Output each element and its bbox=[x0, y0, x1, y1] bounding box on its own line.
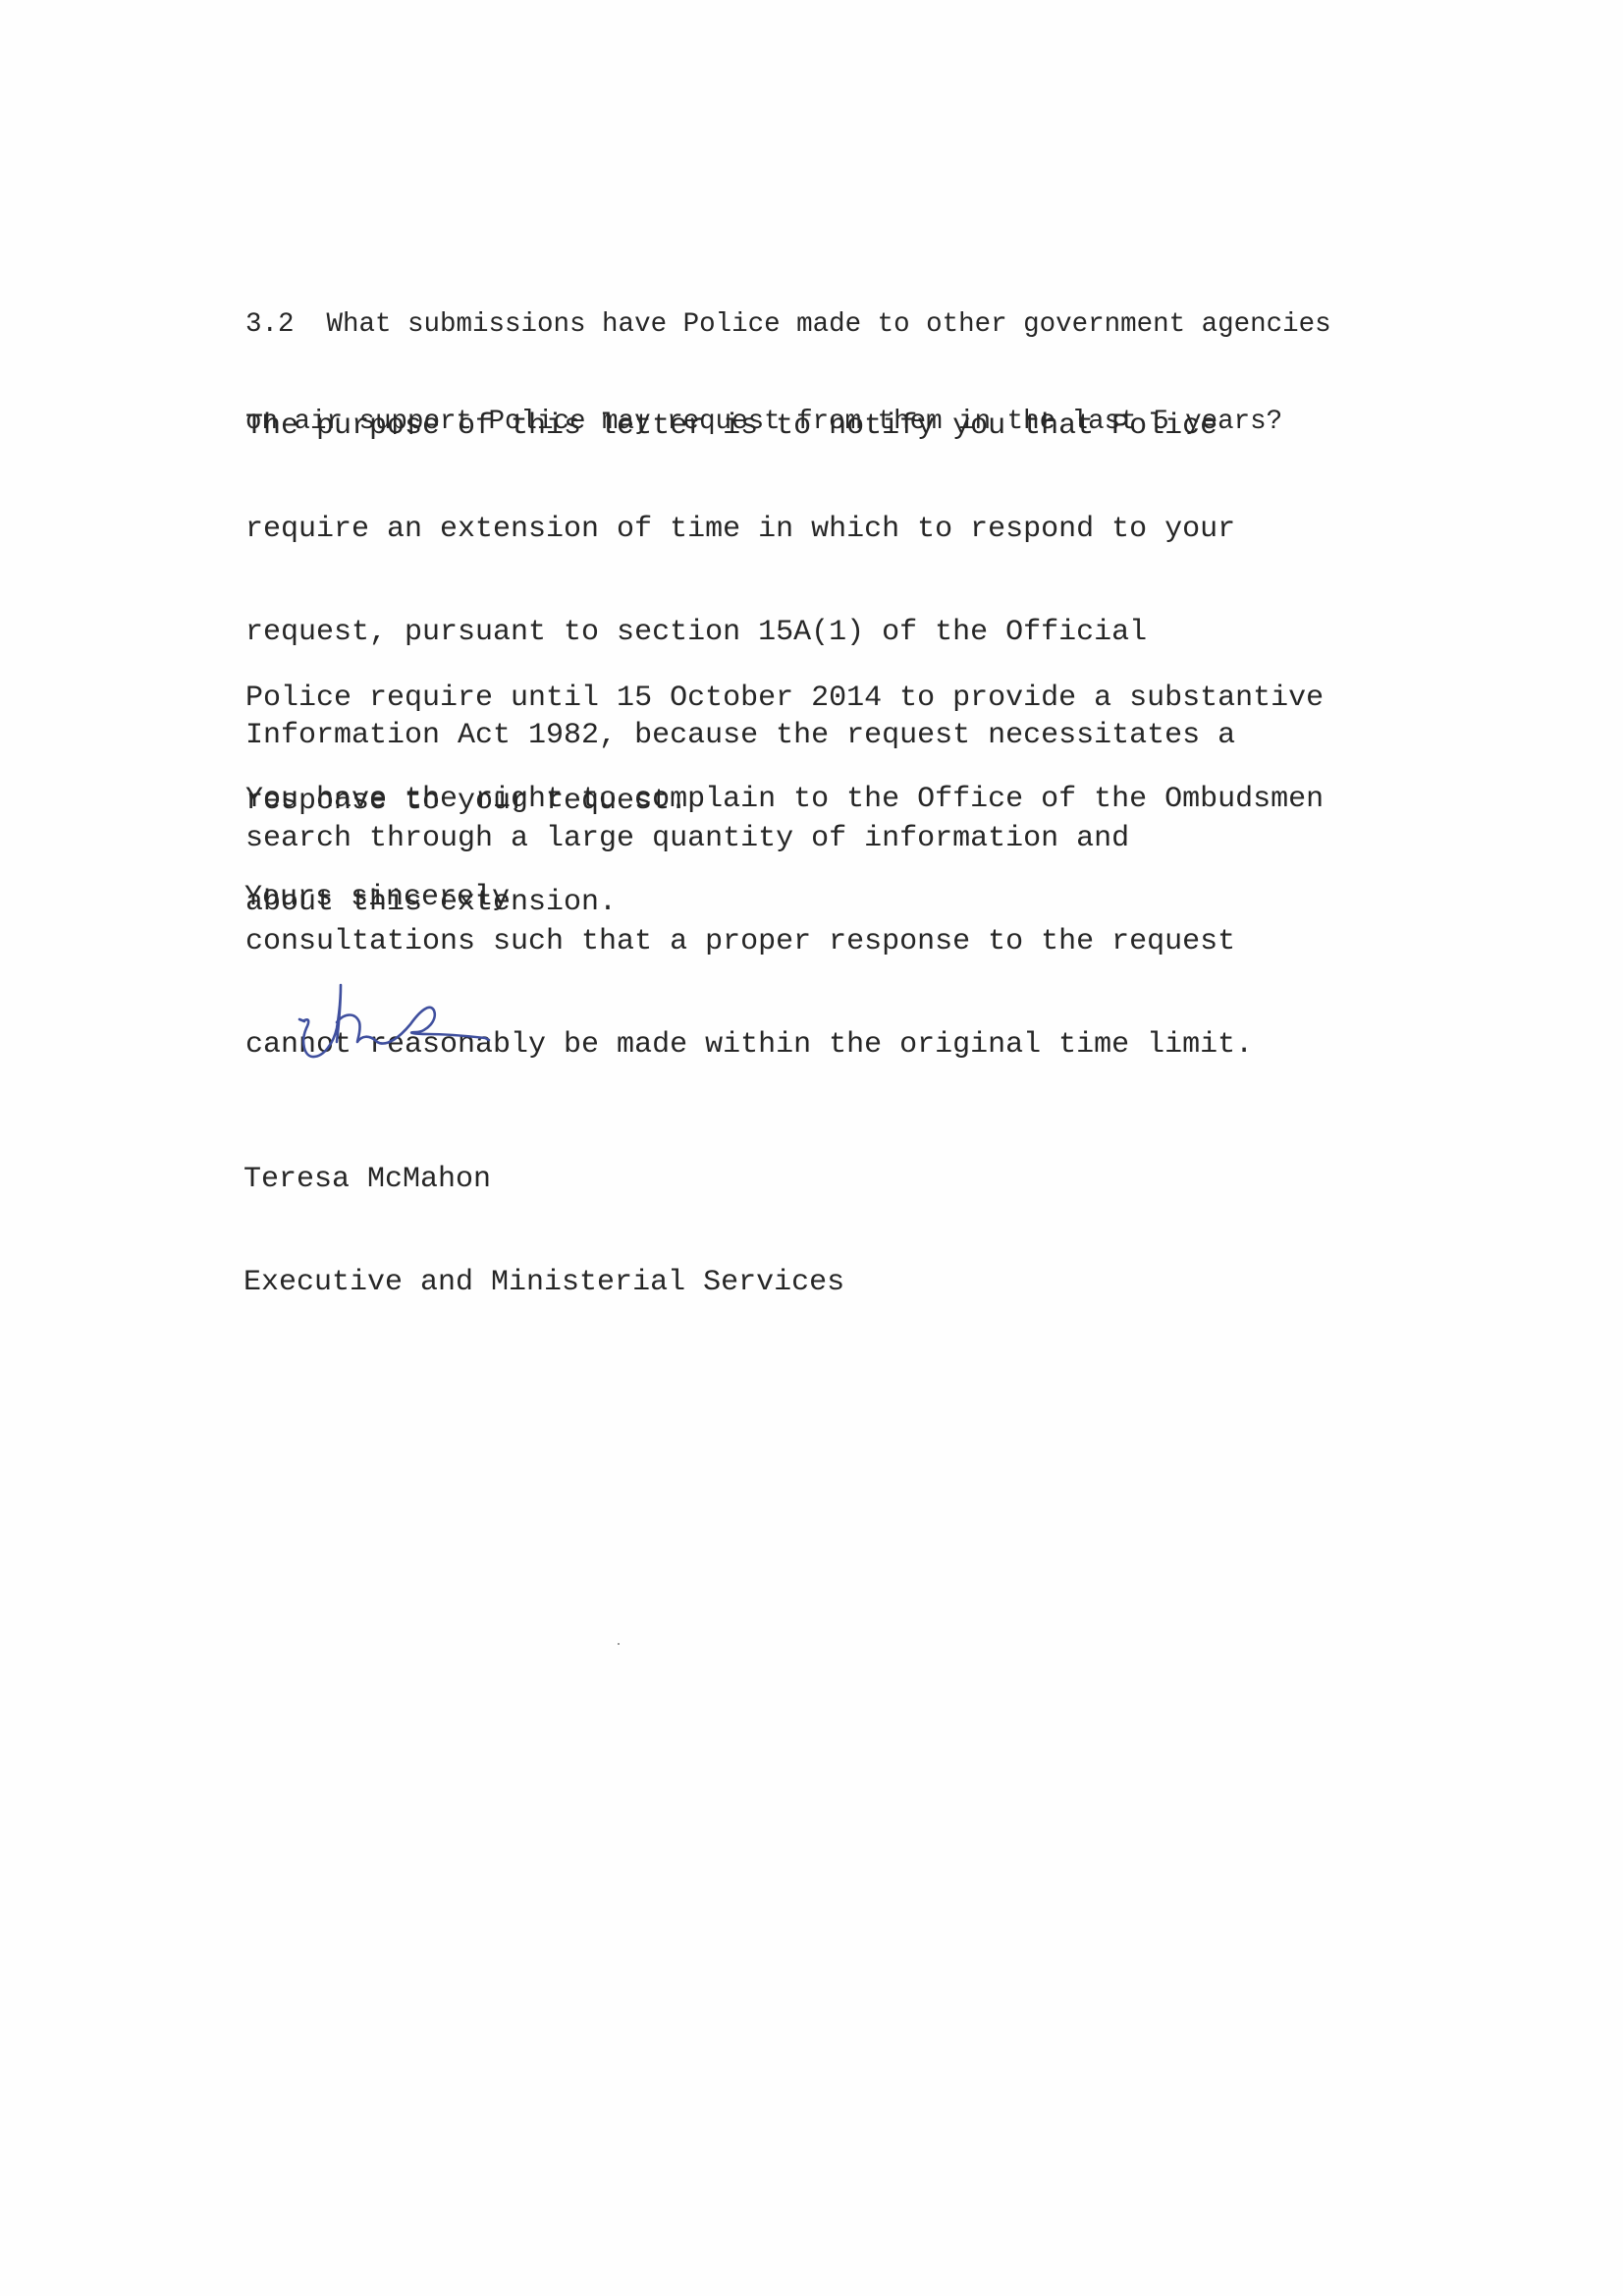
signatory-title: Executive and Ministerial Services bbox=[243, 1266, 844, 1300]
question-line: 3.2 What submissions have Police made to… bbox=[245, 308, 1331, 341]
scan-speck bbox=[618, 1643, 620, 1645]
complaint-rights-paragraph: You have the right to complain to the Of… bbox=[245, 714, 1324, 989]
signatory-name: Teresa McMahon bbox=[243, 1163, 844, 1197]
paragraph-line: require an extension of time in which to… bbox=[245, 513, 1253, 547]
closing-salutation: Yours sincerely bbox=[244, 881, 510, 915]
paragraph-line: The purpose of this letter is to notify … bbox=[245, 410, 1253, 444]
signature-icon bbox=[291, 977, 502, 1070]
letter-page: 3.2 What submissions have Police made to… bbox=[0, 0, 1623, 2296]
paragraph-line: You have the right to complain to the Of… bbox=[245, 783, 1324, 817]
signatory-block: Teresa McMahon Executive and Ministerial… bbox=[243, 1094, 844, 1369]
paragraph-line: Police require until 15 October 2014 to … bbox=[245, 682, 1324, 716]
